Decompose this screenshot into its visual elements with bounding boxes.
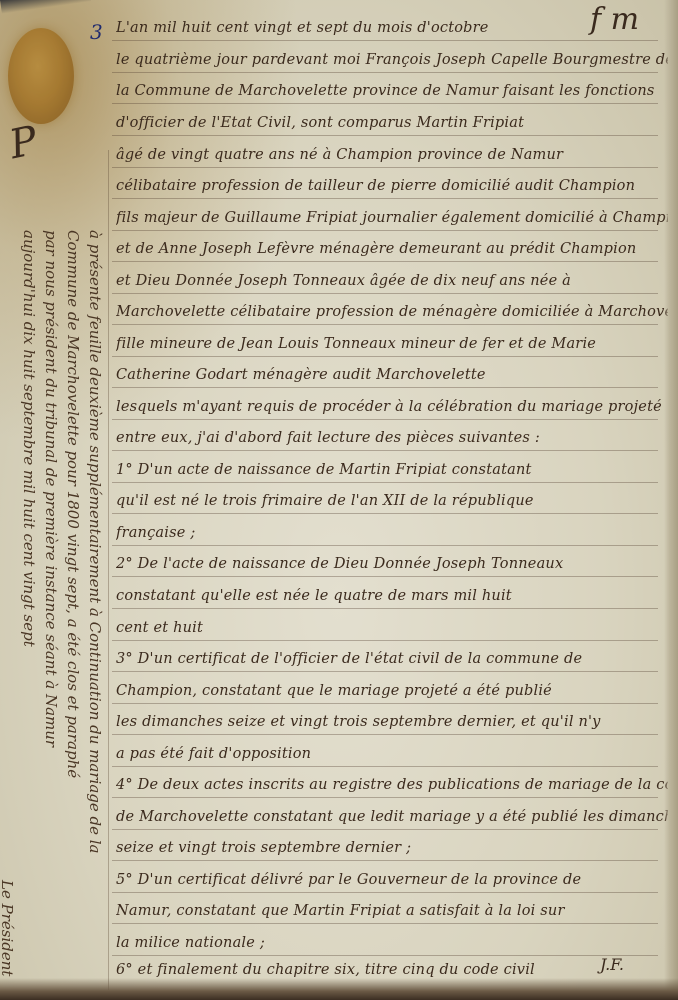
text-line: entre eux, j'ai d'abord fait lecture des… (116, 430, 668, 446)
ruled-line (112, 892, 658, 893)
text-line: le quatrième jour pardevant moi François… (116, 52, 668, 68)
text-line: 4° De deux actes inscrits au registre de… (116, 777, 668, 793)
text-line: Namur, constatant que Martin Fripiat a s… (116, 903, 668, 919)
text-line: française ; (116, 525, 668, 541)
text-line: de Marchovelette constatant que ledit ma… (116, 809, 668, 825)
text-line: lesquels m'ayant requis de procéder à la… (116, 399, 668, 415)
ruled-line (112, 671, 658, 672)
ruled-line (112, 608, 658, 609)
text-line: 6° et finalement du chapitre six, titre … (116, 962, 668, 978)
margin-rule (108, 150, 109, 990)
text-line: 2° De l'acte de naissance de Dieu Donnée… (116, 556, 668, 572)
ruled-line (112, 293, 658, 294)
text-line: constatant qu'elle est née le quatre de … (116, 588, 668, 604)
text-line: Marchovelette célibataire profession de … (116, 304, 668, 320)
ruled-line (112, 576, 658, 577)
text-line: a pas été fait d'opposition (116, 746, 668, 762)
ruled-line (112, 923, 658, 924)
ruled-line (112, 135, 658, 136)
text-line: fils majeur de Guillaume Fripiat journal… (116, 210, 668, 226)
margin-note-line: aujourd'hui dix huit septembre mil huit … (20, 230, 38, 647)
ruled-line (112, 261, 658, 262)
ruled-line (112, 40, 658, 41)
text-line: fille mineure de Jean Louis Tonneaux min… (116, 336, 668, 352)
margin-note-signature: Le Président (0, 880, 16, 976)
text-line: et Dieu Donnée Joseph Tonneaux âgée de d… (116, 273, 668, 289)
ruled-line (112, 72, 658, 73)
ruled-line (112, 640, 658, 641)
margin-note-line: Commune de Marchovelette pour 1800 vingt… (64, 230, 82, 778)
text-line: la Commune de Marchovelette province de … (116, 83, 668, 99)
ruled-line (112, 860, 658, 861)
ruled-line (112, 703, 658, 704)
text-line: célibataire profession de tailleur de pi… (116, 178, 668, 194)
ruled-line (112, 387, 658, 388)
ruled-line (112, 766, 658, 767)
text-line: 3° D'un certificat de l'officier de l'ét… (116, 651, 668, 667)
register-page: 3 f m P L'an mil huit cent vingt et sept… (0, 0, 678, 1000)
text-line: seize et vingt trois septembre dernier ; (116, 840, 668, 856)
text-line: et de Anne Joseph Lefèvre ménagère demeu… (116, 241, 668, 257)
text-line: d'officier de l'Etat Civil, sont comparu… (116, 115, 668, 131)
ruled-line (112, 419, 658, 420)
ruled-line (112, 513, 658, 514)
ruled-line (112, 230, 658, 231)
text-line: âgé de vingt quatre ans né à Champion pr… (116, 147, 668, 163)
ruled-line (112, 198, 658, 199)
ruled-line (112, 797, 658, 798)
folio-number: 3 (90, 20, 103, 44)
text-line: qu'il est né le trois frimaire de l'an X… (116, 493, 668, 509)
ruled-line (112, 324, 658, 325)
ruled-line (112, 829, 658, 830)
ruled-line (112, 955, 658, 956)
wax-seal-icon (8, 28, 74, 124)
text-line: cent et huit (116, 620, 668, 636)
text-line: les dimanches seize et vingt trois septe… (116, 714, 668, 730)
margin-note-line: à présente feuille deuxième supplémentai… (86, 230, 104, 854)
signature-initials: J.F. (600, 955, 624, 974)
ruled-line (112, 167, 658, 168)
text-line: Catherine Godart ménagère audit Marchove… (116, 367, 668, 383)
page-bottom-edge (0, 978, 678, 1000)
ruled-line (112, 734, 658, 735)
text-line: 1° D'un acte de naissance de Martin Frip… (116, 462, 668, 478)
ruled-line (112, 356, 658, 357)
page-right-edge (664, 0, 678, 1000)
text-line: la milice nationale ; (116, 935, 668, 951)
ruled-line (112, 545, 658, 546)
margin-note-line: par nous président du tribunal de premiè… (42, 230, 60, 747)
text-line: Champion, constatant que le mariage proj… (116, 683, 668, 699)
ruled-line (112, 450, 658, 451)
ruled-line (112, 103, 658, 104)
ruled-line (112, 482, 658, 483)
book-binding-shadow (0, 0, 91, 14)
text-line: L'an mil huit cent vingt et sept du mois… (116, 20, 668, 36)
text-line: 5° D'un certificat délivré par le Gouver… (116, 872, 668, 888)
margin-paraph: P (6, 118, 42, 169)
